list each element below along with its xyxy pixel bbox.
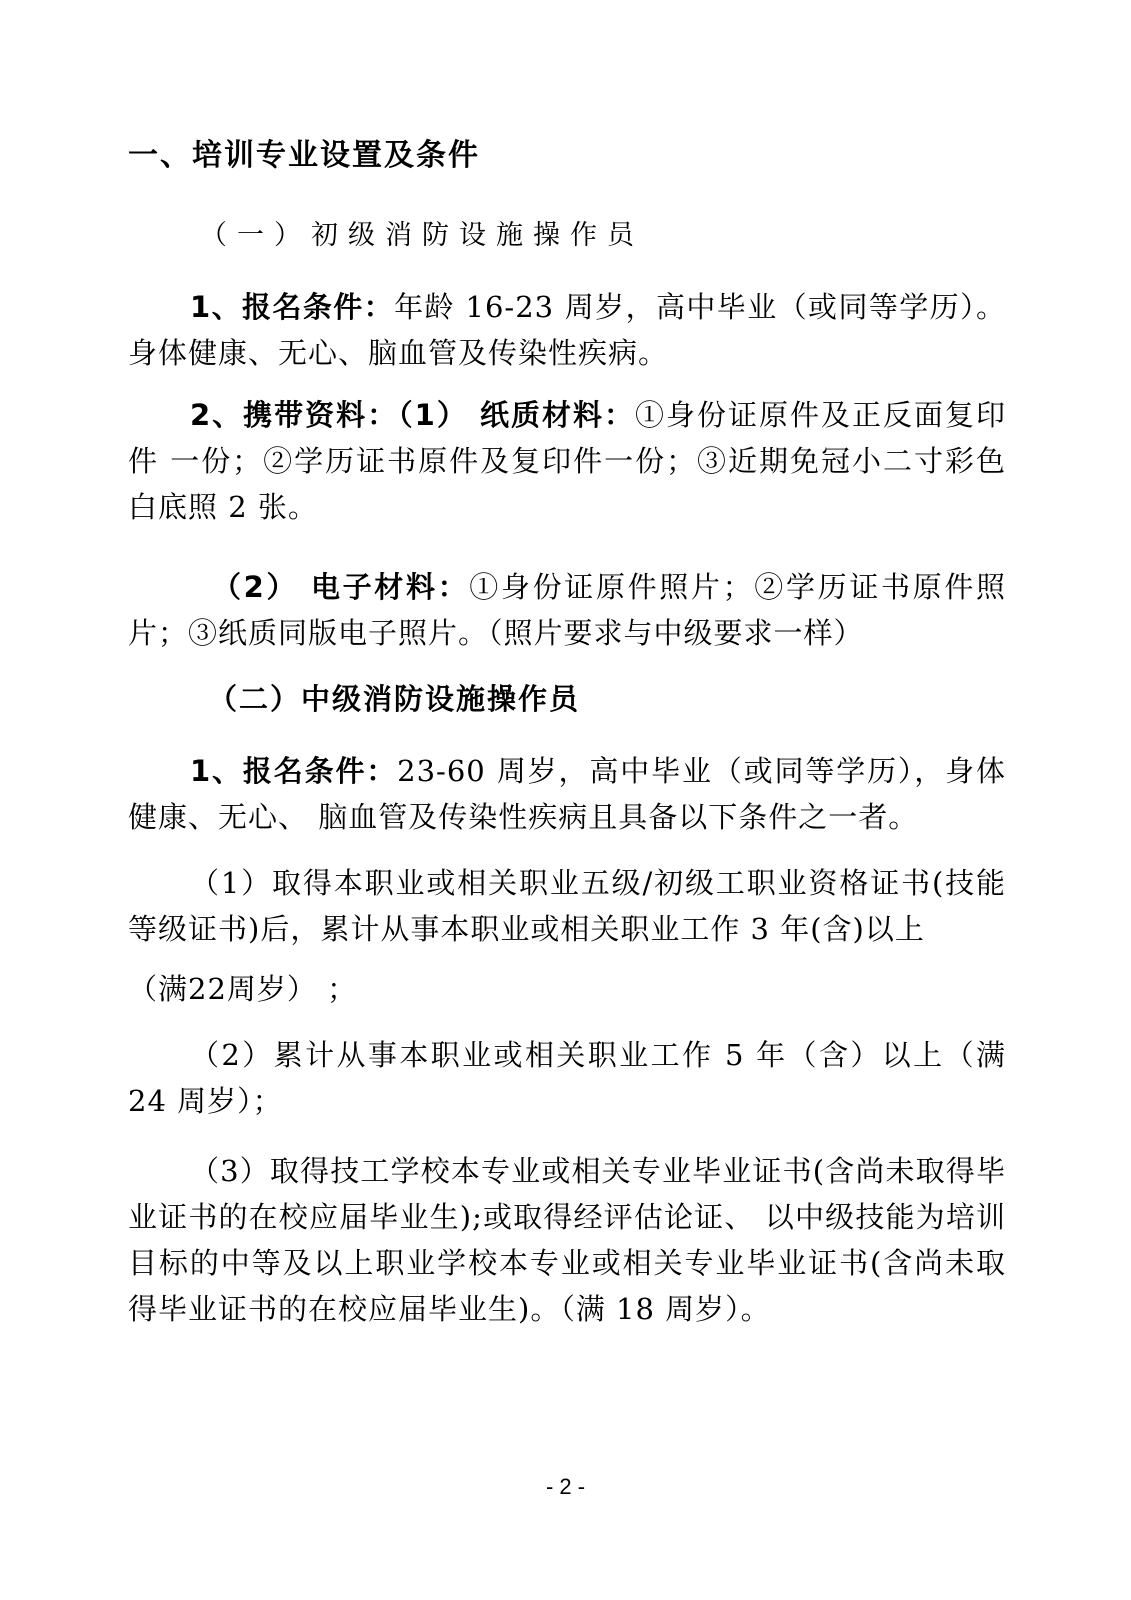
paragraph-paper-materials: 2、携带资料：（1） 纸质材料：①身份证原件及正反面复印件 一份；②学历证书原件… [128, 392, 1006, 530]
paragraph-intermediate-enroll-conditions: 1、报名条件：23-60 周岁，高中毕业（或同等学历），身体健康、无心、 脑血管… [128, 748, 1006, 840]
paragraph-body: （满22周岁） ； [128, 972, 357, 1006]
section-title-primary-operator: （一）初级消防设施操作员 [200, 218, 1006, 254]
paragraph-body: （3）取得技工学校本专业或相关专业毕业证书(含尚未取得毕业证书的在校应届毕业生)… [128, 1154, 1006, 1326]
paragraph-lead: 1、报名条件： [190, 290, 394, 324]
paragraph-body: （1）取得本职业或相关职业五级/初级工职业资格证书(技能等级证书)后，累计从事本… [128, 866, 1006, 946]
document-content: 一、培训专业设置及条件 （一）初级消防设施操作员 1、报名条件：年龄 16-23… [128, 136, 1006, 1332]
paragraph-condition-1: （1）取得本职业或相关职业五级/初级工职业资格证书(技能等级证书)后，累计从事本… [128, 860, 1006, 952]
paragraph-lead: 2、携带资料：（1） 纸质材料： [190, 398, 635, 432]
paragraph-condition-1-age-note: （满22周岁） ； [128, 966, 1006, 1012]
paragraph-lead: 1、报名条件： [190, 754, 397, 788]
document-page: 一、培训专业设置及条件 （一）初级消防设施操作员 1、报名条件：年龄 16-23… [0, 0, 1131, 1600]
paragraph-electronic-materials: （2） 电子材料：①身份证原件照片；②学历证书原件照片；③纸质同版电子照片。（照… [128, 564, 1006, 656]
paragraph-condition-3: （3）取得技工学校本专业或相关专业毕业证书(含尚未取得毕业证书的在校应届毕业生)… [128, 1148, 1006, 1332]
section-title-intermediate-operator: （二）中级消防设施操作员 [208, 680, 1006, 718]
document-heading: 一、培训专业设置及条件 [128, 136, 1006, 176]
page-number: - 2 - [0, 1474, 1131, 1500]
paragraph-primary-enroll-conditions: 1、报名条件：年龄 16-23 周岁，高中毕业（或同等学历）。身体健康、无心、脑… [128, 284, 1006, 376]
paragraph-lead: （2） 电子材料： [212, 570, 469, 604]
paragraph-condition-2: （2）累计从事本职业或相关职业工作 5 年（含）以上（满 24 周岁）； [128, 1032, 1006, 1124]
paragraph-body: （2）累计从事本职业或相关职业工作 5 年（含）以上（满 24 周岁）； [128, 1038, 1006, 1118]
